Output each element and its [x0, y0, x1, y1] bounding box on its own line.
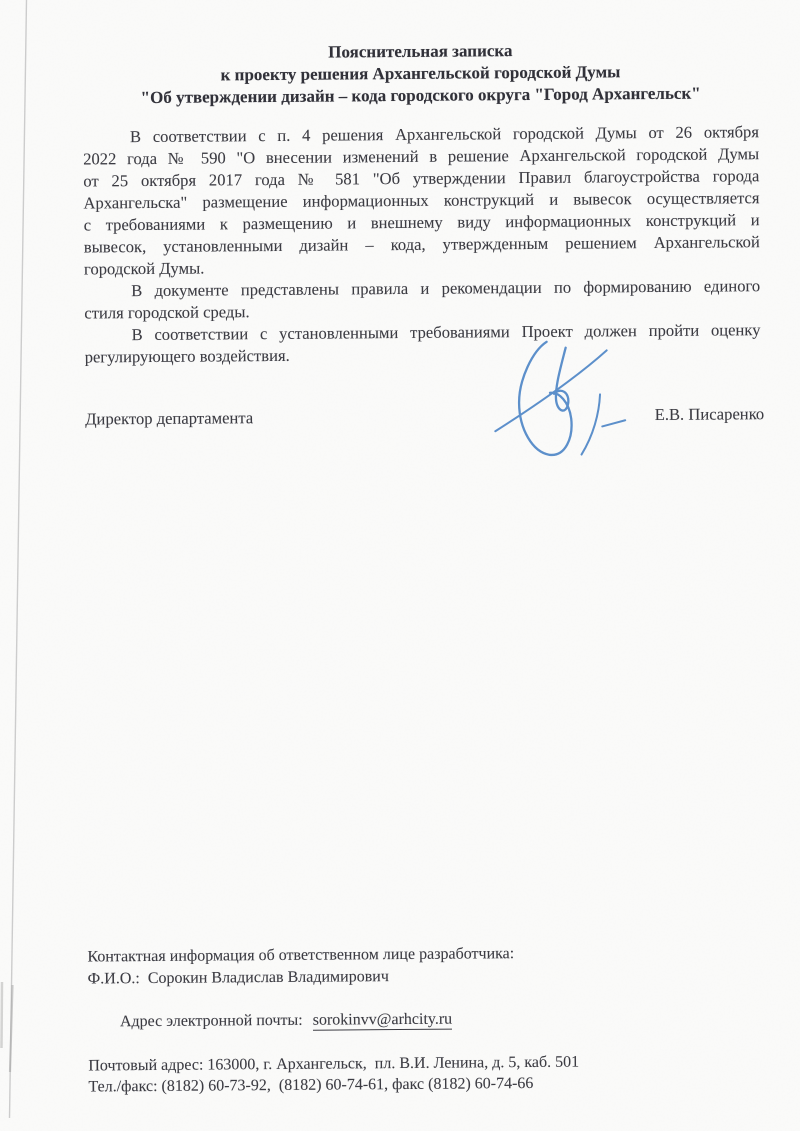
signatory-role: Директор департамента — [85, 407, 253, 430]
contact-email-link[interactable]: sorokinvv@arhcity.ru — [313, 1011, 453, 1031]
contact-email-label: Адрес электронной почты: — [120, 1012, 303, 1030]
document-body: В соответствии с п. 4 решения Архангельс… — [83, 121, 761, 368]
paragraph-document-contents: В документе представлены правила и реком… — [84, 275, 760, 324]
document-title: Пояснительная запискак проекту решения А… — [82, 38, 758, 109]
signatory-name: Е.В. Писаренко — [655, 403, 765, 426]
scanned-document-page: Пояснительная запискак проекту решения А… — [0, 0, 800, 1131]
contact-phone-fax: Тел./факс: (8182) 60-73-92, (8182) 60-74… — [88, 1071, 778, 1098]
signature-row: Директор департамента Е.В. Писаренко — [85, 403, 764, 430]
paragraph-regulatory-assessment: В соответствии с установленными требован… — [84, 319, 760, 368]
paragraph-legal-basis: В соответствии с п. 4 решения Архангельс… — [83, 121, 760, 280]
document-content: Пояснительная запискак проекту решения А… — [0, 0, 800, 1131]
text-line: "Об утверждении дизайн – кода городского… — [83, 82, 759, 109]
contact-email-line: Адрес электронной почты:sorokinvv@arhcit… — [88, 984, 778, 1055]
contact-info-block: Контактная информация об ответственном л… — [87, 941, 778, 1098]
text-line: регулирующего воздействия. — [85, 341, 761, 368]
